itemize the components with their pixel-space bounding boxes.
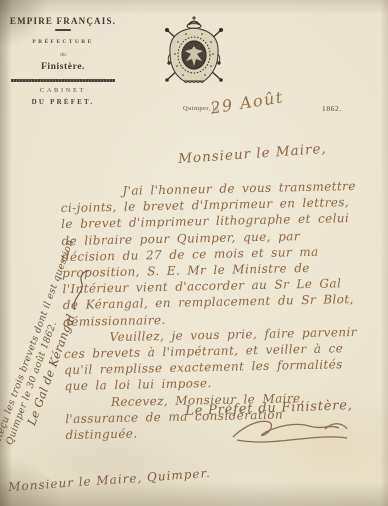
letterhead-cabinet: CABINET — [6, 87, 120, 94]
letterhead-divider-ornament — [55, 29, 71, 31]
letterhead-empire: EMPIRE FRANÇAIS. — [6, 16, 120, 26]
letterhead-rule — [11, 79, 115, 82]
letterhead-prefecture-ornate: PRÉFECTURE — [6, 39, 120, 45]
letterhead-du: du — [6, 52, 120, 58]
letterhead: EMPIRE FRANÇAIS. PRÉFECTURE du Finistère… — [6, 16, 120, 106]
letter-document: EMPIRE FRANÇAIS. PRÉFECTURE du Finistère… — [0, 0, 388, 506]
imperial-coat-of-arms-icon — [156, 14, 232, 94]
letterhead-du-prefet: DU PRÉFET. — [6, 98, 120, 106]
letterhead-departement: Finistère. — [6, 62, 120, 72]
footer-address: Monsieur le Maire, Quimper. — [8, 466, 211, 494]
letter-paragraph-2: Veuillez, je vous prie, faire parvenir c… — [63, 324, 360, 395]
salutation: Monsieur le Maire, — [178, 141, 328, 167]
dateline-year-printed: 1862. — [322, 104, 342, 113]
prefect-signature-flourish-icon — [225, 415, 355, 450]
